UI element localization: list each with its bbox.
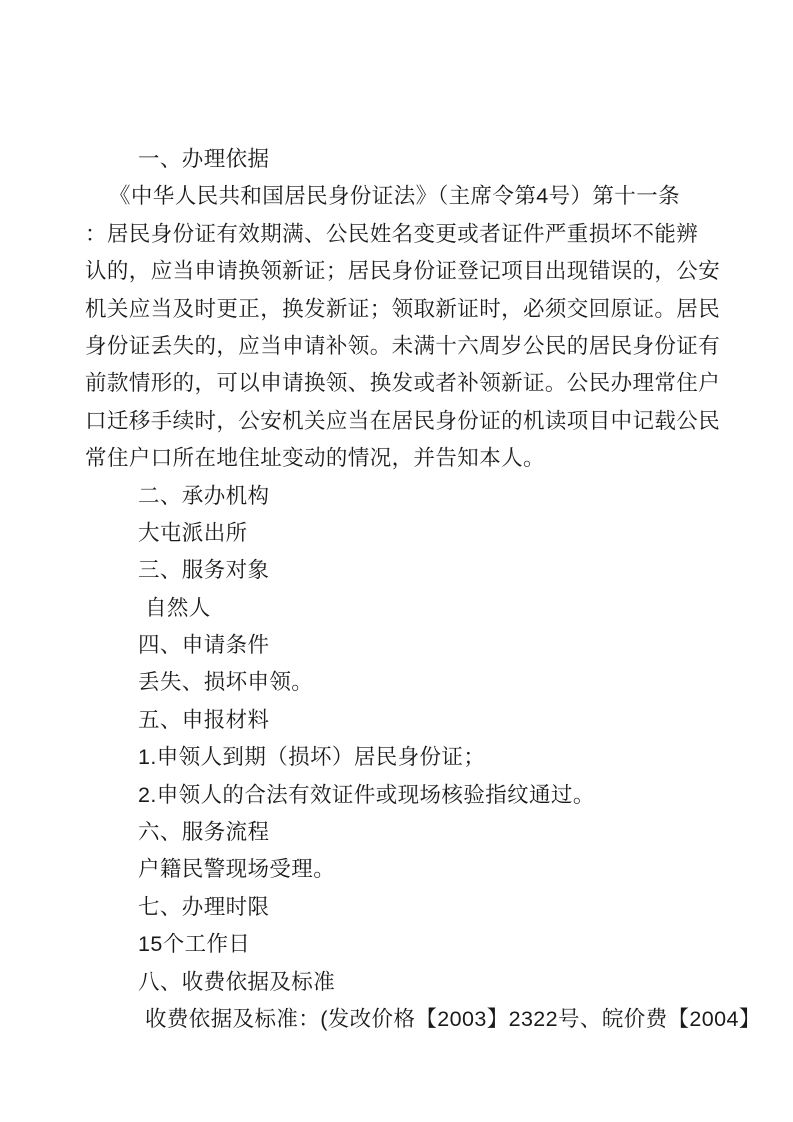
paragraph-line: 《中华人民共和国居民身份证法》（主席令第4号）第十一条 — [85, 178, 743, 215]
paragraph-line: 认的，应当申请换领新证；居民身份证登记项目出现错误的，公安 — [85, 253, 743, 290]
paragraph-line: 常住户口所在地住址变动的情况，并告知本人。 — [85, 440, 743, 477]
section-heading: 六、服务流程 — [85, 814, 743, 851]
section-heading: 五、申报材料 — [85, 702, 743, 739]
text-line: 大屯派出所 — [85, 515, 743, 552]
section-heading: 八、收费依据及标准 — [85, 964, 743, 1001]
paragraph-line: 身份证丢失的，应当申请补领。未满十六周岁公民的居民身份证有 — [85, 328, 743, 365]
text-line: 户籍民警现场受理。 — [85, 851, 743, 888]
text-line: 自然人 — [85, 590, 743, 627]
section-heading: 一、办理依据 — [85, 141, 743, 178]
section-heading: 四、申请条件 — [85, 627, 743, 664]
section-heading: 七、办理时限 — [85, 889, 743, 926]
list-item-line: 2.申领人的合法有效证件或现场核验指纹通过。 — [85, 777, 743, 814]
text-line: 收费依据及标准：(发改价格【2003】2322号、皖价费【2004】 — [85, 1001, 743, 1038]
section-heading: 二、承办机构 — [85, 478, 743, 515]
document-body: 一、办理依据《中华人民共和国居民身份证法》（主席令第4号）第十一条：居民身份证有… — [85, 141, 743, 1038]
list-item-line: 1.申领人到期（损坏）居民身份证； — [85, 739, 743, 776]
document-page: 一、办理依据《中华人民共和国居民身份证法》（主席令第4号）第十一条：居民身份证有… — [0, 0, 793, 1122]
section-heading: 三、服务对象 — [85, 552, 743, 589]
paragraph-line: 前款情形的，可以申请换领、换发或者补领新证。公民办理常住户 — [85, 365, 743, 402]
paragraph-line: ：居民身份证有效期满、公民姓名变更或者证件严重损坏不能辨 — [85, 216, 743, 253]
paragraph-line: 口迁移手续时，公安机关应当在居民身份证的机读项目中记载公民 — [85, 403, 743, 440]
text-line: 15个工作日 — [85, 926, 743, 963]
text-line: 丢失、损坏申领。 — [85, 664, 743, 701]
paragraph-line: 机关应当及时更正，换发新证；领取新证时，必须交回原证。居民 — [85, 291, 743, 328]
